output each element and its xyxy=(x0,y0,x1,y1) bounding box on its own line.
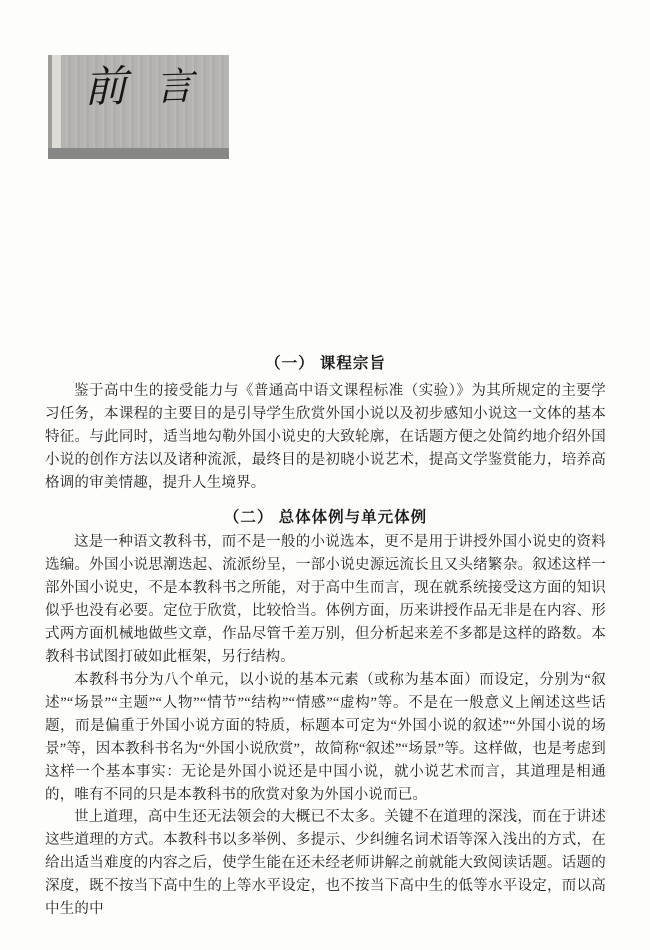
header-bottom-band xyxy=(48,148,229,159)
preface-title-calligraphy: 前 言 xyxy=(83,61,224,112)
calligraphy-char-qian: 前 xyxy=(83,64,127,112)
scan-light-strip xyxy=(52,55,61,159)
book-page: 前 言 （一） 课程宗旨 鉴于高中生的接受能力与《普通高中语文课程标准（实验）》… xyxy=(0,0,650,950)
calligraphy-char-yan: 言 xyxy=(154,66,193,110)
section-1-paragraph-1: 鉴于高中生的接受能力与《普通高中语文课程标准（实验）》为其所规定的主要学习任务，… xyxy=(45,380,606,495)
section-2-heading: （二） 总体体例与单元体例 xyxy=(45,505,606,527)
section-2-paragraph-3: 世上道理，高中生还无法领会的大概已不太多。关键不在道理的深浅，而在于讲述这些道理… xyxy=(45,806,606,921)
section-1-heading: （一） 课程宗旨 xyxy=(45,351,606,373)
section-2-paragraph-2: 本教科书分为八个单元，以小说的基本元素（或称为基本面）而设定，分别为“叙述”“场… xyxy=(45,669,606,807)
section-2-paragraph-1: 这是一种语文教科书，而不是一般的小说选本，更不是用于讲授外国小说史的资料选编。外… xyxy=(45,531,606,669)
preface-title-image: 前 言 xyxy=(48,55,229,159)
